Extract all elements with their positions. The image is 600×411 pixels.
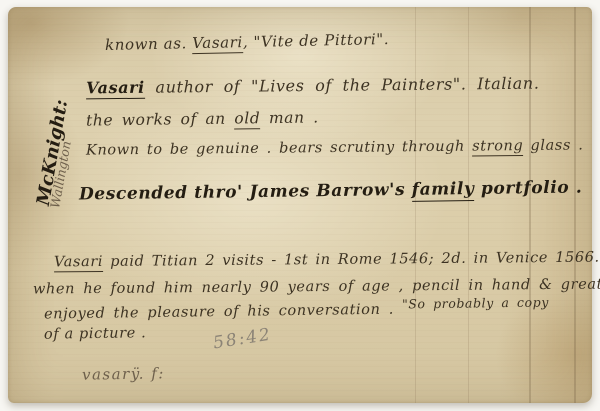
- paragraph-line-3: enjoyed the pleasure of his conversation…: [44, 299, 549, 322]
- fold-crease: [529, 7, 531, 403]
- line-text: the works of an: [86, 110, 235, 130]
- line-text: Descended thro' James Barrow's: [79, 180, 412, 205]
- line-text: man .: [260, 108, 319, 127]
- note-line-3: the works of an old man .: [86, 108, 319, 129]
- note-line-1: known as. Vasari, "Vite de Pittori".: [105, 30, 390, 54]
- signature-inscription: vasarÿ. f:: [82, 364, 165, 383]
- fold-crease: [415, 7, 416, 403]
- manuscript-paper: McKnight: Wallington known as. Vasari, "…: [8, 7, 592, 403]
- fold-crease: [468, 7, 469, 403]
- line-text: of a picture .: [44, 325, 147, 342]
- note-line-5: Descended thro' James Barrow's family po…: [79, 177, 583, 204]
- line-text: known as.: [105, 34, 193, 54]
- line-text: , "Vite de Pittori".: [243, 30, 390, 51]
- inserted-phrase: "So probably a copy: [402, 294, 549, 311]
- line-text: author of "Lives of the Painters". Itali…: [145, 74, 540, 97]
- inserted-word: strong: [472, 138, 523, 157]
- underlined-word: Vasari: [192, 33, 243, 54]
- line-text: paid Titian 2 visits - 1st in Rome 1546;…: [103, 250, 600, 270]
- paragraph-line-1: Vasari paid Titian 2 visits - 1st in Rom…: [54, 250, 600, 271]
- note-line-2: Vasari author of "Lives of the Painters"…: [86, 74, 540, 98]
- paragraph-line-4: of a picture .: [44, 325, 147, 342]
- underlined-word: Vasari: [54, 254, 103, 272]
- line-text: glass .: [523, 137, 583, 154]
- underlined-word: family: [412, 179, 475, 202]
- scan-background: McKnight: Wallington known as. Vasari, "…: [0, 0, 600, 411]
- underlined-word: old: [234, 109, 260, 129]
- fold-crease: [574, 7, 576, 403]
- pencil-accession-number: 58:42: [212, 325, 273, 354]
- line-text: enjoyed the pleasure of his conversation…: [44, 302, 402, 323]
- note-line-4: Known to be genuine . bears scrutiny thr…: [86, 137, 584, 158]
- underlined-word: Vasari: [86, 78, 145, 100]
- line-text: portfolio .: [474, 177, 582, 199]
